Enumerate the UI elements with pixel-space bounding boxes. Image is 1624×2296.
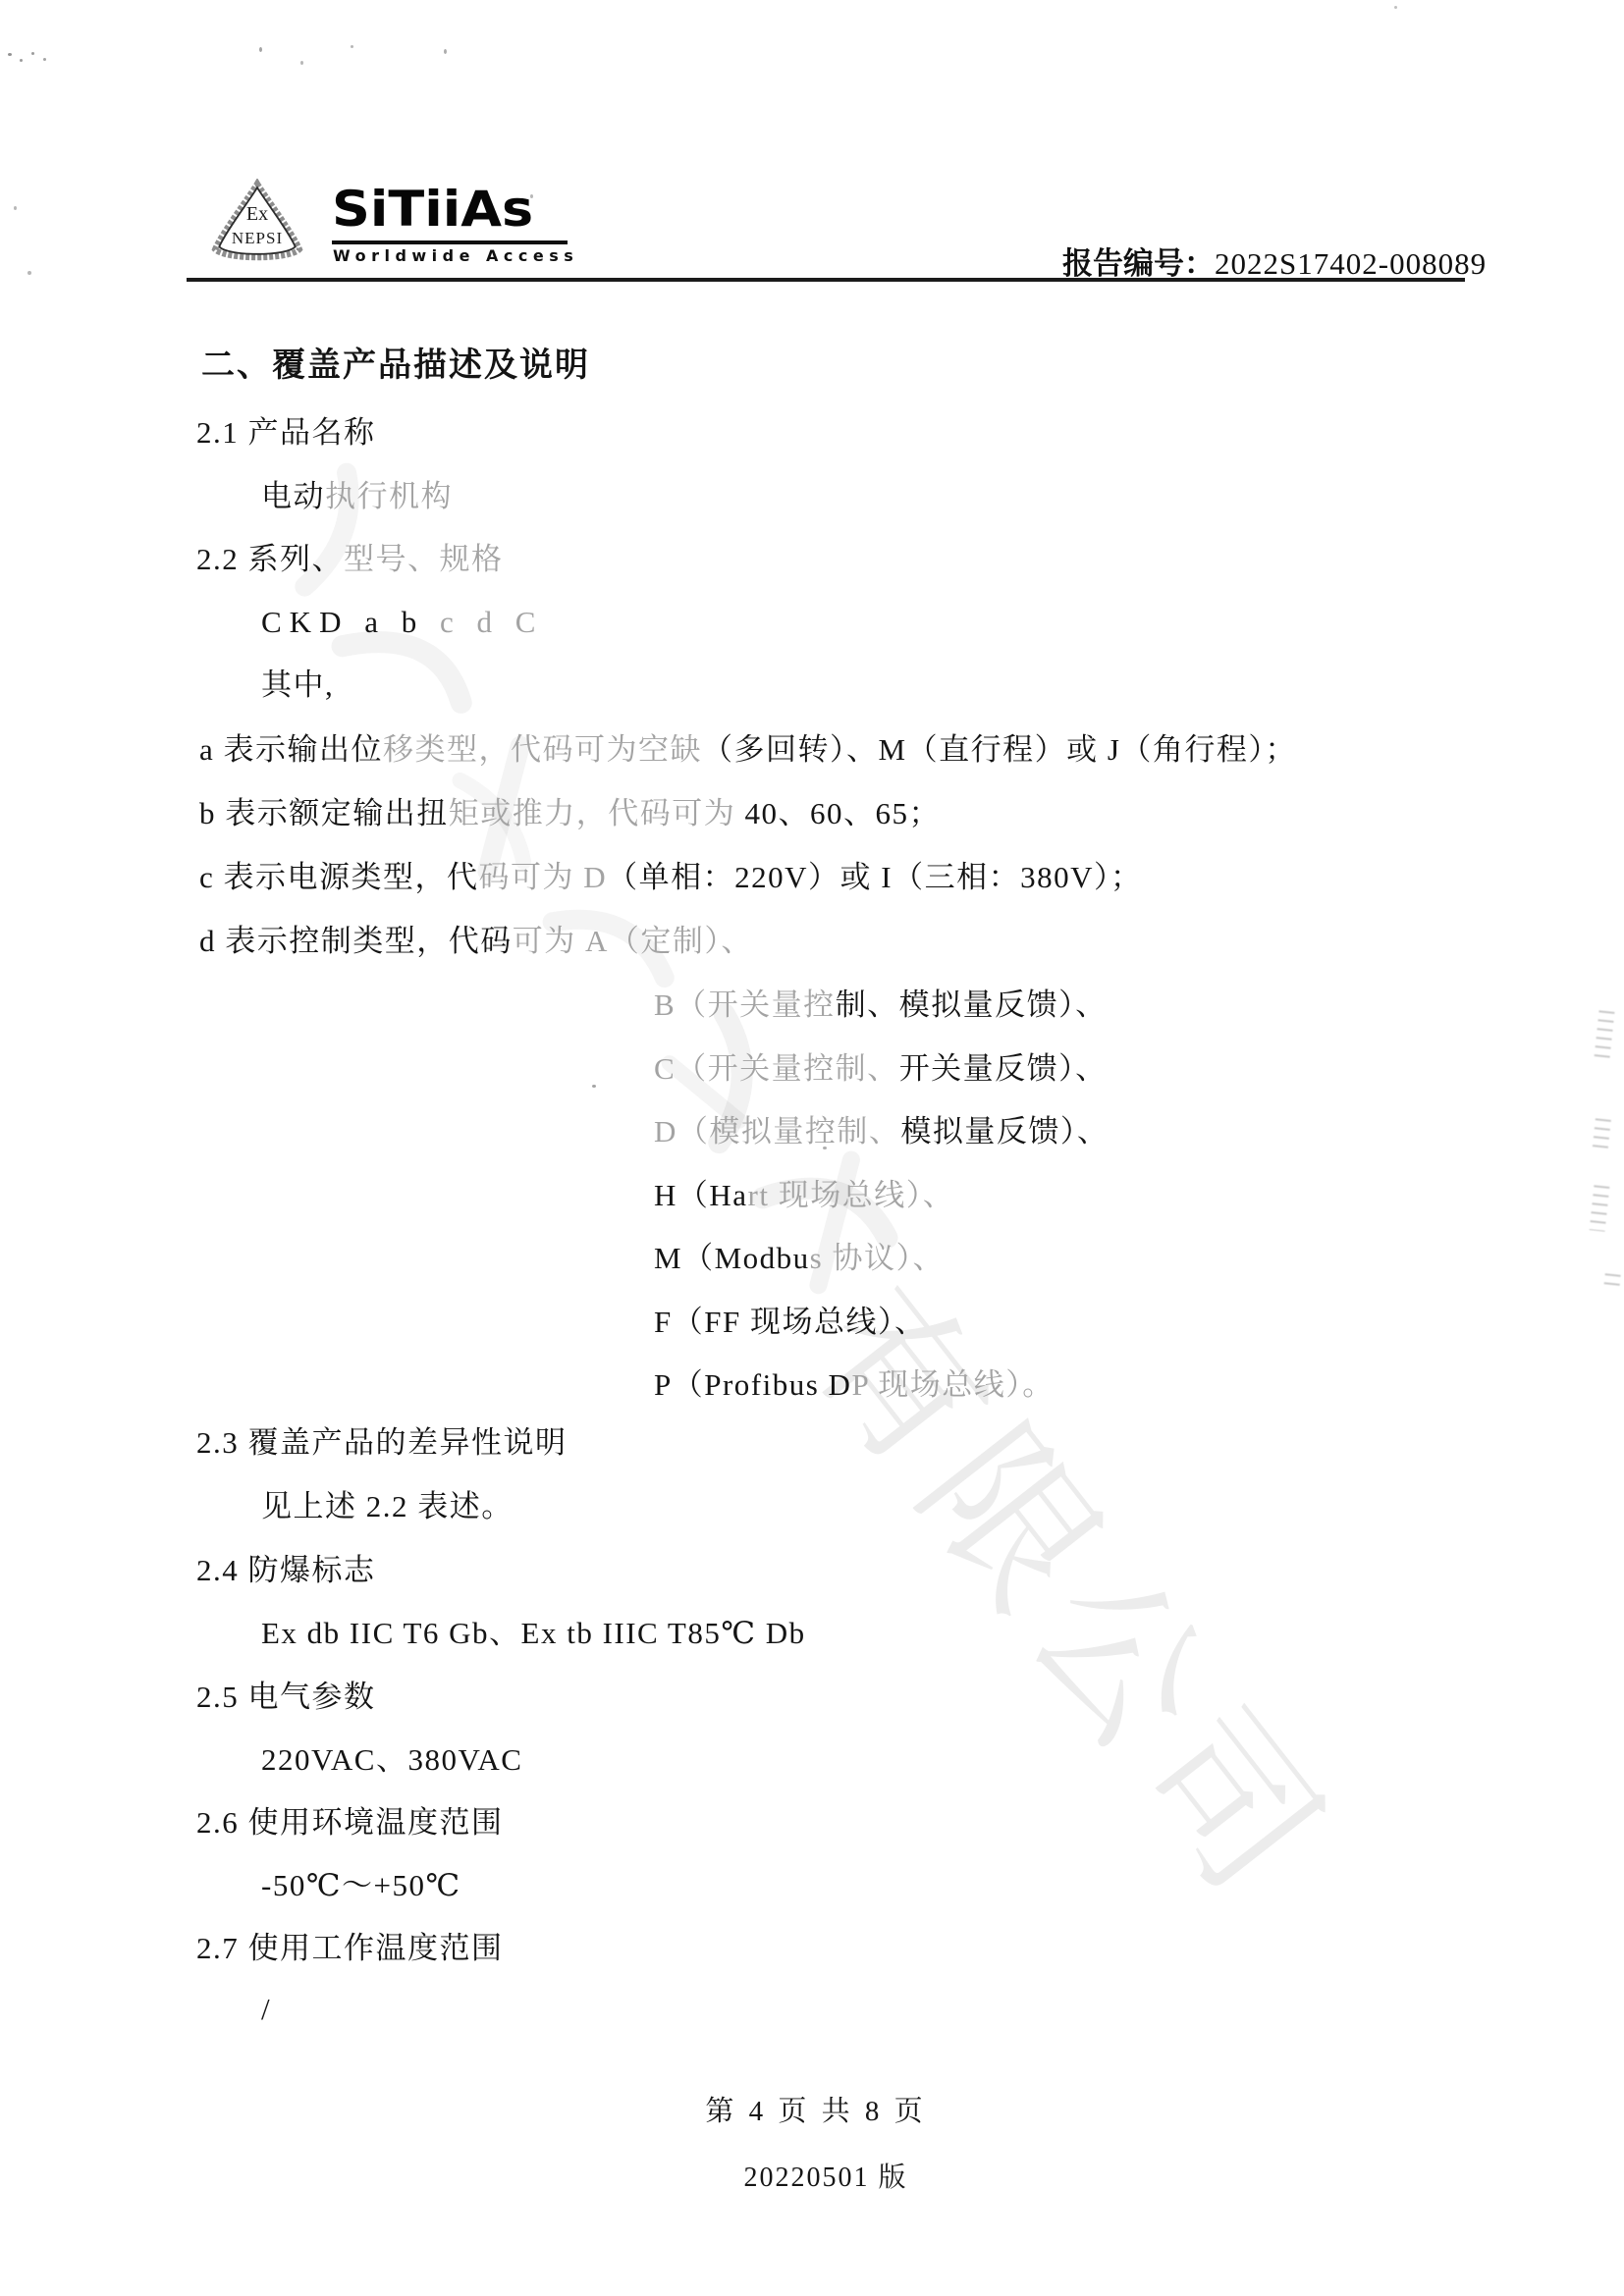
text-segment: b 表示额定输出扭 [199, 796, 449, 830]
text-segment: （单相：220V）或 I（三相：380V）； [607, 860, 1142, 894]
text-segment: d 表示控制类型，代码 [199, 924, 513, 958]
text-line-heading-section-2: 二、覆盖产品描述及说明 [201, 346, 590, 386]
text-line-code-d-option-B: B（开关量控制、模拟量反馈）、 [654, 987, 1108, 1023]
text-line-sec-2-2-title: 2.2 系列、型号、规格 [196, 541, 504, 577]
text-segment: 型号、规格 [344, 542, 504, 576]
text-segment: B（开关量控 [654, 988, 836, 1022]
text-segment: 见上述 2.2 表述。 [261, 1489, 514, 1523]
text-segment: M（Modbu [654, 1241, 810, 1275]
text-segment: 2.6 使用环境温度范围 [196, 1805, 504, 1840]
text-segment: 码可为 D [479, 860, 608, 894]
scan-speck [351, 45, 353, 48]
text-line-code-d-option-P: P（Profibus DP 现场总线）。 [654, 1366, 1055, 1403]
text-segment: P（Profibus D [654, 1367, 851, 1402]
text-line-sec-2-3-content: 见上述 2.2 表述。 [261, 1488, 514, 1524]
text-line-code-d-option-M: M（Modbus 协议）、 [654, 1240, 945, 1276]
text-segment: Ex db IIC T6 Gb、Ex tb IIIC T85℃ Db [261, 1616, 806, 1650]
text-segment: 矩或推力，代码可为 [449, 796, 745, 830]
scan-speck [259, 47, 262, 52]
text-segment: a 表示输出位 [199, 732, 383, 767]
text-line-sec-2-4-title: 2.4 防爆标志 [196, 1552, 376, 1588]
text-segment: D（模拟量控制、 [654, 1114, 900, 1148]
text-line-sec-2-6-title: 2.6 使用环境温度范围 [196, 1804, 504, 1841]
text-line-code-d: d 表示控制类型，代码可为 A（定制）、 [199, 923, 753, 959]
scan-speck [530, 194, 533, 198]
text-line-code-a: a 表示输出位移类型，代码可为空缺（多回转）、M（直行程）或 J（角行程）； [199, 731, 1297, 768]
text-segment: 2.4 防爆标志 [196, 1553, 376, 1587]
text-line-ex-marking: Ex db IIC T6 Gb、Ex tb IIIC T85℃ Db [261, 1615, 806, 1651]
text-line-code-d-option-F: F（FF 现场总线）、 [654, 1304, 926, 1340]
text-segment: 模拟量反馈）、 [900, 1114, 1109, 1148]
text-segment: s 协议）、 [810, 1241, 945, 1275]
text-line-code-d-option-D: D（模拟量控制、模拟量反馈）、 [654, 1113, 1109, 1149]
text-segment: 2.1 产品名称 [196, 415, 376, 450]
text-segment: 开关量反馈）、 [899, 1051, 1108, 1086]
scan-speck [14, 206, 17, 210]
text-segment: 电动 [261, 479, 325, 513]
text-segment: 其中, [261, 667, 334, 702]
text-segment: 可为 A（定制）、 [513, 924, 753, 958]
text-line-ambient-temp-range: -50℃～+50℃ [261, 1867, 461, 1903]
text-line-sec-2-7-title: 2.7 使用工作温度范围 [196, 1930, 504, 1966]
text-segment: 40、60、65； [745, 796, 942, 830]
scan-speck [823, 1147, 827, 1149]
text-line-code-d-option-C: C（开关量控制、开关量反馈）、 [654, 1050, 1108, 1087]
document-body: 二、覆盖产品描述及说明2.1 产品名称电动执行机构2.2 系列、型号、规格CKD… [0, 0, 1624, 2296]
scan-speck [1394, 6, 1397, 9]
text-segment: 制、模拟量反馈）、 [836, 988, 1108, 1022]
text-segment: 2.5 电气参数 [196, 1680, 376, 1714]
scan-speck [43, 58, 46, 61]
text-segment: 二、覆盖产品描述及说明 [201, 347, 590, 384]
text-segment: 2.2 系列、 [196, 542, 344, 576]
text-segment: （多回转）、M（直行程）或 J（角行程）； [702, 732, 1297, 767]
text-segment: / [261, 1992, 271, 2026]
text-line-code-b: b 表示额定输出扭矩或推力，代码可为 40、60、65； [199, 795, 941, 831]
text-line-model-code: CKD a b c d C [261, 604, 543, 640]
scan-speck [444, 49, 447, 54]
text-line-electrical-params: 220VAC、380VAC [261, 1741, 522, 1778]
text-segment: c 表示电源类型，代 [199, 860, 479, 894]
text-segment: F（FF 现场总线）、 [654, 1305, 926, 1339]
text-line-product-name: 电动执行机构 [261, 478, 453, 514]
scanned-report-page: 有限公司 Ex [0, 0, 1624, 2296]
scan-speck [27, 271, 31, 275]
text-segment: rt 现场总线）、 [748, 1178, 955, 1212]
text-segment: -50℃～+50℃ [261, 1868, 461, 1902]
text-segment: C（开关量控制、 [654, 1051, 899, 1086]
scan-speck [8, 53, 12, 56]
scan-speck [592, 1085, 596, 1088]
text-segment: 2.3 覆盖产品的差异性说明 [196, 1425, 568, 1460]
scan-speck [20, 59, 23, 62]
text-line-sec-2-5-title: 2.5 电气参数 [196, 1679, 376, 1715]
text-line-sec-2-1-title: 2.1 产品名称 [196, 414, 376, 451]
scan-speck [300, 61, 303, 65]
text-segment: P 现场总线）。 [851, 1367, 1054, 1402]
text-line-code-d-option-H: H（Hart 现场总线）、 [654, 1177, 954, 1213]
text-segment: CKD a b [261, 605, 440, 639]
text-line-code-c: c 表示电源类型，代码可为 D（单相：220V）或 I（三相：380V）； [199, 859, 1143, 895]
scan-speck [31, 52, 34, 55]
text-segment: 移类型，代码可为空缺 [383, 732, 702, 767]
text-segment: c d C [440, 605, 543, 639]
text-segment: 执行机构 [325, 479, 453, 513]
text-segment: 220VAC、380VAC [261, 1742, 522, 1777]
text-line-among-which: 其中, [261, 667, 334, 703]
text-line-sec-2-3-title: 2.3 覆盖产品的差异性说明 [196, 1424, 568, 1461]
text-segment: H（Ha [654, 1178, 748, 1212]
text-segment: 2.7 使用工作温度范围 [196, 1931, 504, 1965]
text-line-working-temp-value: / [261, 1991, 271, 2027]
